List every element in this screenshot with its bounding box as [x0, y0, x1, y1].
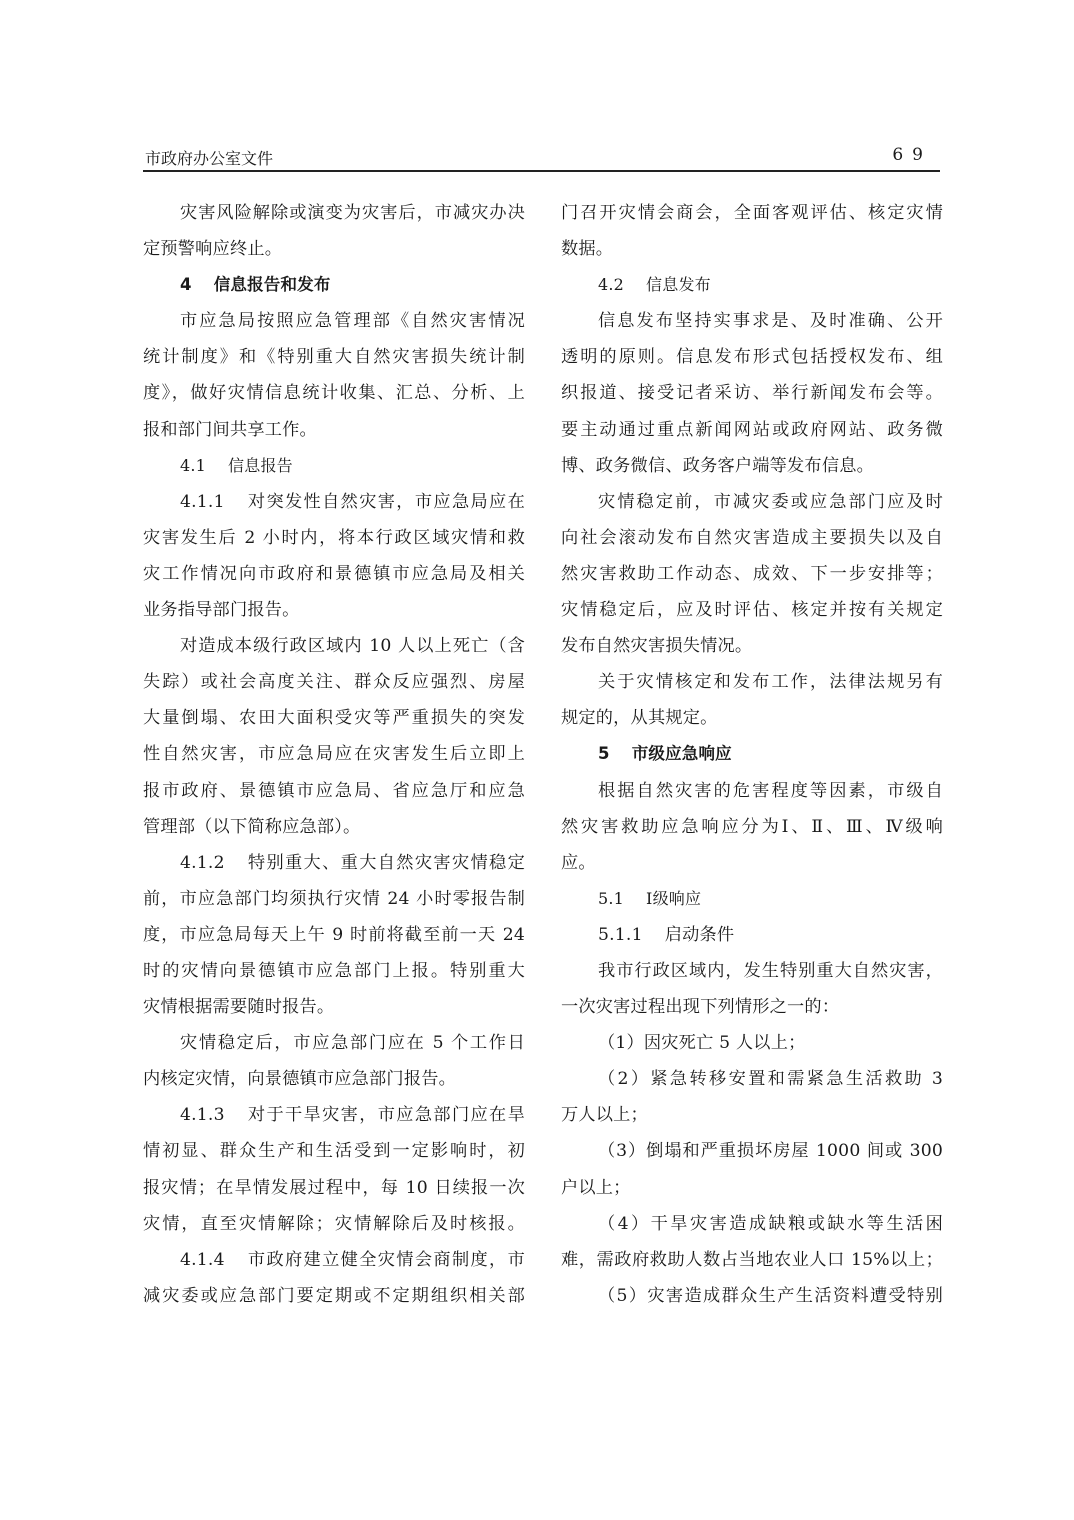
paragraph-line: 业务指导部门报告。 — [143, 592, 525, 628]
paragraph-line: 灾情稳定后，市应急部门应在 5 个工作日 — [143, 1025, 525, 1061]
paragraph-line: 然灾害救助应急响应分为Ⅰ、Ⅱ、Ⅲ、Ⅳ级响 — [561, 809, 943, 845]
paragraph-line: 灾情稳定后，应及时评估、核定并按有关规定 — [561, 592, 943, 628]
list-item-4: （4）干旱灾害造成缺粮或缺水等生活困 — [561, 1206, 943, 1242]
page-number: 69 — [892, 145, 932, 165]
paragraph-line: 度，市应急局每天上午 9 时前将截至前一天 24 — [143, 917, 525, 953]
clause-text: 对突发性自然灾害，市应急局应在 — [247, 492, 525, 512]
paragraph-line: 信息发布坚持实事求是、及时准确、公开 — [561, 303, 943, 339]
paragraph-line: 一次灾害过程出现下列情形之一的： — [561, 989, 943, 1025]
paragraph-line: 报和部门间共享工作。 — [143, 412, 525, 448]
section-title: 信息报告 — [228, 456, 293, 475]
paragraph-line: 报市政府、景德镇市应急局、省应急厅和应急 — [143, 773, 525, 809]
section-heading-5: 5市级应急响应 — [561, 736, 943, 772]
paragraph-line: 失踪）或社会高度关注、群众反应强烈、房屋 — [143, 664, 525, 700]
paragraph-line: 减灾委或应急部门要定期或不定期组织相关部 — [143, 1278, 525, 1314]
section-number: 5 — [598, 744, 610, 763]
clause-text: 特别重大、重大自然灾害灾情稳定 — [247, 853, 525, 873]
paragraph-line: 情初显、群众生产和生活受到一定影响时，初 — [143, 1133, 525, 1169]
clause-number: 4.1.1 — [180, 492, 225, 512]
right-column: 门召开灾情会商会，全面客观评估、核定灾情 数据。 4.2信息发布 信息发布坚持实… — [561, 195, 943, 1314]
paragraph-line: 透明的原则。信息发布形式包括授权发布、组 — [561, 339, 943, 375]
paragraph-line: 我市行政区域内，发生特别重大自然灾害， — [561, 953, 943, 989]
section-number: 4 — [180, 275, 192, 294]
paragraph-line: 灾情，直至灾情解除；灾情解除后及时核报。 — [143, 1206, 525, 1242]
section-heading-4-2: 4.2信息发布 — [561, 267, 943, 303]
paragraph-line: 4.1.2特别重大、重大自然灾害灾情稳定 — [143, 845, 525, 881]
paragraph-line: 4.1.4市政府建立健全灾情会商制度，市 — [143, 1242, 525, 1278]
paragraph-line: 门召开灾情会商会，全面客观评估、核定灾情 — [561, 195, 943, 231]
paragraph-line: 向社会滚动发布自然灾害造成主要损失以及自 — [561, 520, 943, 556]
paragraph-line: 灾害发生后 2 小时内，将本行政区域灾情和救 — [143, 520, 525, 556]
paragraph-line: 对造成本级行政区域内 10 人以上死亡（含 — [143, 628, 525, 664]
section-number: 4.2 — [598, 275, 624, 294]
paragraph-line: 前，市应急部门均须执行灾情 24 小时零报告制 — [143, 881, 525, 917]
paragraph-line: 时的灾情向景德镇市应急部门上报。特别重大 — [143, 953, 525, 989]
list-item-2: （2）紧急转移安置和需紧急生活救助 3 — [561, 1061, 943, 1097]
paragraph-line: 灾工作情况向市政府和景德镇市应急局及相关 — [143, 556, 525, 592]
paragraph-line: 性自然灾害，市应急局应在灾害发生后立即上 — [143, 736, 525, 772]
section-heading-4: 4信息报告和发布 — [143, 267, 525, 303]
list-item-3-cont: 户以上； — [561, 1170, 943, 1206]
clause-number: 4.1.3 — [180, 1105, 225, 1125]
paragraph-line: 度》，做好灾情信息统计收集、汇总、分析、上 — [143, 375, 525, 411]
paragraph-line: 根据自然灾害的危害程度等因素，市级自 — [561, 773, 943, 809]
document-source-title: 市政府办公室文件 — [145, 146, 273, 169]
section-heading-5-1-1: 5.1.1启动条件 — [561, 917, 943, 953]
paragraph-line: 要主动通过重点新闻网站或政府网站、政务微 — [561, 412, 943, 448]
list-item-2-cont: 万人以上； — [561, 1097, 943, 1133]
list-item-5: （5）灾害造成群众生产生活资料遭受特别 — [561, 1278, 943, 1314]
paragraph-line: 博、政务微信、政务客户端等发布信息。 — [561, 448, 943, 484]
paragraph-line: 4.1.1对突发性自然灾害，市应急局应在 — [143, 484, 525, 520]
section-title: 市级应急响应 — [632, 744, 732, 763]
clause-number: 4.1.2 — [180, 853, 225, 873]
left-column: 灾害风险解除或演变为灾害后，市减灾办决 定预警响应终止。 4信息报告和发布 市应… — [143, 195, 525, 1314]
paragraph-line: 规定的，从其规定。 — [561, 700, 943, 736]
section-title: Ⅰ级响应 — [646, 889, 701, 908]
clause-text: 对于干旱灾害，市应急部门应在旱 — [247, 1105, 525, 1125]
paragraph-line: 灾害风险解除或演变为灾害后，市减灾办决 — [143, 195, 525, 231]
section-title: 启动条件 — [665, 925, 735, 945]
section-number: 5.1 — [598, 889, 624, 908]
section-number: 4.1 — [180, 456, 206, 475]
paragraph-line: 发布自然灾害损失情况。 — [561, 628, 943, 664]
paragraph-line: 报灾情；在旱情发展过程中，每 10 日续报一次 — [143, 1170, 525, 1206]
paragraph-line: 关于灾情核定和发布工作，法律法规另有 — [561, 664, 943, 700]
paragraph-line: 内核定灾情，向景德镇市应急部门报告。 — [143, 1061, 525, 1097]
paragraph-line: 然灾害救助工作动态、成效、下一步安排等； — [561, 556, 943, 592]
list-item-4-cont: 难，需政府救助人数占当地农业人口 15%以上； — [561, 1242, 943, 1278]
paragraph-line: 定预警响应终止。 — [143, 231, 525, 267]
paragraph-line: 灾情根据需要随时报告。 — [143, 989, 525, 1025]
paragraph-line: 市应急局按照应急管理部《自然灾害情况 — [143, 303, 525, 339]
section-heading-5-1: 5.1Ⅰ级响应 — [561, 881, 943, 917]
paragraph-line: 数据。 — [561, 231, 943, 267]
paragraph-line: 4.1.3对于干旱灾害，市应急部门应在旱 — [143, 1097, 525, 1133]
paragraph-line: 统计制度》和《特别重大自然灾害损失统计制 — [143, 339, 525, 375]
list-item-3: （3）倒塌和严重损坏房屋 1000 间或 300 — [561, 1133, 943, 1169]
paragraph-line: 应。 — [561, 845, 943, 881]
paragraph-line: 灾情稳定前，市减灾委或应急部门应及时 — [561, 484, 943, 520]
paragraph-line: 管理部（以下简称应急部）。 — [143, 809, 525, 845]
paragraph-line: 大量倒塌、农田大面积受灾等严重损失的突发 — [143, 700, 525, 736]
section-number: 5.1.1 — [598, 925, 643, 945]
clause-number: 4.1.4 — [180, 1250, 225, 1270]
list-item-1: （1）因灾死亡 5 人以上； — [561, 1025, 943, 1061]
clause-text: 市政府建立健全灾情会商制度，市 — [247, 1250, 525, 1270]
section-title: 信息发布 — [646, 275, 711, 294]
section-heading-4-1: 4.1信息报告 — [143, 448, 525, 484]
page-header: 市政府办公室文件 69 — [143, 140, 940, 172]
paragraph-line: 织报道、接受记者采访、举行新闻发布会等。 — [561, 375, 943, 411]
section-title: 信息报告和发布 — [214, 275, 331, 294]
